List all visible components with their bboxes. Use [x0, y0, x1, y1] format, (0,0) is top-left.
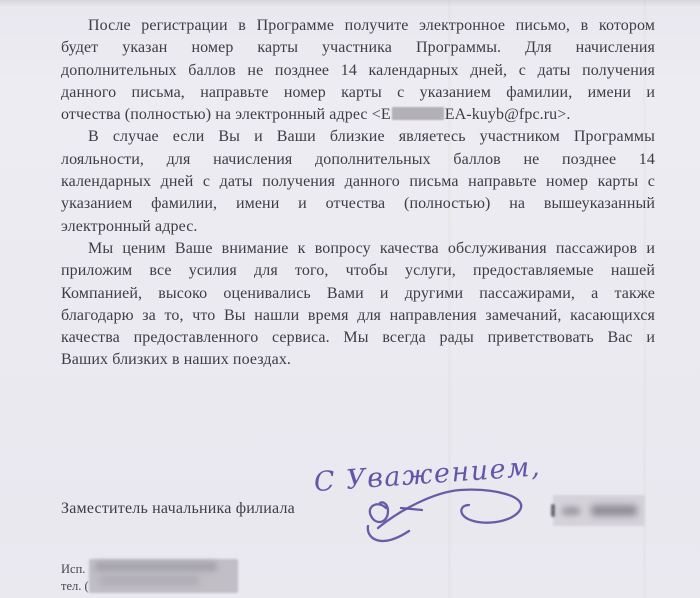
text-line: электронный адрес.: [61, 216, 655, 238]
phone-label: тел. (: [61, 578, 89, 595]
handwritten-signature: С Уважением,: [288, 440, 568, 565]
redacted-signatory-name: [553, 495, 645, 526]
text-line: данного письма, направьте номер карты с …: [61, 82, 655, 104]
signatory-position: Заместитель начальника филиала: [61, 500, 295, 518]
redaction-smudge: [99, 576, 199, 585]
executor-label: Исп.: [61, 561, 89, 578]
text-line: приложим все усилия для того, чтобы услу…: [61, 260, 655, 282]
text-line: благодарю за то, что Вы нашли время для …: [61, 305, 655, 327]
redacted-executor-info: [89, 559, 238, 593]
text-line-email: отчества (полностью) на электронный адре…: [61, 104, 655, 126]
letter-body: После регистрации в Программе получите э…: [61, 15, 655, 372]
text-line: лояльности, для начисления дополнительны…: [61, 149, 655, 171]
text-line: календарных дней с даты получения данног…: [61, 171, 655, 193]
scanned-letter-page: После регистрации в Программе получите э…: [0, 0, 700, 598]
text-line: В случае если Вы и Ваши близкие являетес…: [61, 126, 655, 148]
signature-flourish: [378, 490, 521, 528]
text-line: будет указан номер карты участника Прогр…: [61, 37, 655, 59]
redaction-smudge: [591, 505, 637, 516]
text-line: качества предоставленного сервиса. Мы вс…: [61, 327, 655, 349]
signature-flourish: [368, 526, 409, 541]
text-line: Ваших близких в наших поездах.: [61, 349, 655, 371]
signature-flourish: [370, 502, 388, 522]
text-line: Мы ценим Ваше внимание к вопросу качеств…: [61, 238, 655, 260]
text-line: Компанией, высоко оценивались Вами и дру…: [61, 283, 655, 305]
text-line: дополнительных баллов не позднее 14 кале…: [61, 60, 655, 82]
redaction-smudge: [95, 562, 217, 571]
email-line-prefix: отчества (полностью) на электронный адре…: [61, 106, 391, 123]
email-line-suffix: EA-kuyb@fpc.ru>.: [445, 106, 571, 123]
handwritten-closing: С Уважением,: [313, 451, 542, 498]
redaction-smudge: [562, 507, 580, 515]
executor-block: Исп. тел. (: [61, 561, 89, 595]
text-line: После регистрации в Программе получите э…: [61, 15, 655, 37]
text-line: указанием фамилии, имени и отчества (пол…: [61, 193, 655, 215]
redacted-email-fragment: [392, 107, 444, 120]
